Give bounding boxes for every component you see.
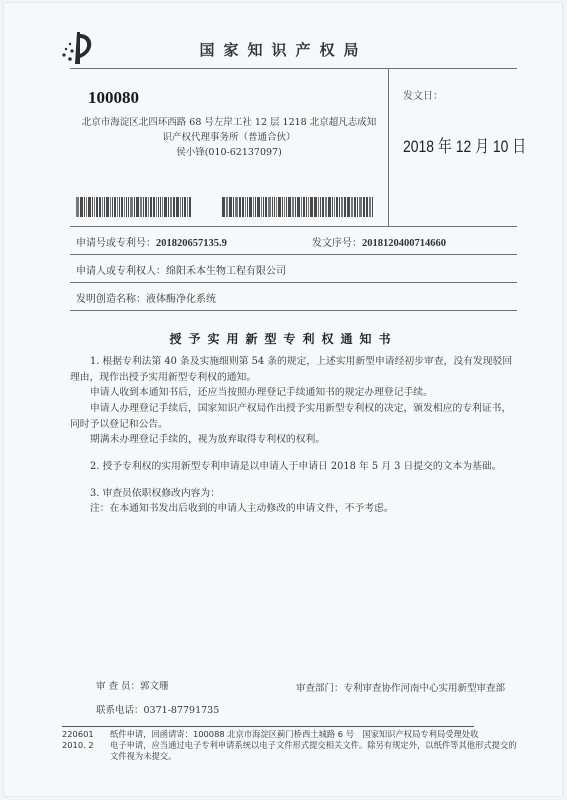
recipient-address: 北京市海淀区北四环西路 68 号左岸工社 12 层 1218 北京超凡志成知 识… bbox=[70, 115, 388, 160]
applicant-label: 申请人或专利权人： bbox=[76, 266, 166, 277]
form-code-block: 220601 2010. 2 bbox=[62, 729, 94, 751]
notice-paragraph-6: 3. 审查员依职权修改内容为： bbox=[70, 486, 517, 502]
footer-line-1: 纸件申请，回函请寄：100088 北京市海淀区蓟门桥西土城路 6 号 国家知识产… bbox=[110, 729, 530, 740]
postcode: 100080 bbox=[88, 88, 139, 108]
address-line-2: 识产权代理事务所（普通合伙） bbox=[70, 130, 388, 145]
applicant-field: 申请人或专利权人：绵阳禾本生物工程有限公司 bbox=[76, 262, 286, 277]
notice-note: 注：在本通知书发出后收到的申请人主动修改的申请文件，不予考虑。 bbox=[90, 501, 517, 517]
application-number-label: 申请号或专利号： bbox=[76, 238, 156, 249]
row-divider bbox=[70, 226, 517, 227]
contact: 侯小锋(010-62137097) bbox=[70, 145, 388, 160]
department: 专利审查协作河南中心实用新型审查部 bbox=[344, 683, 506, 694]
form-version: 2010. 2 bbox=[62, 740, 94, 751]
serial-number-label: 发文序号： bbox=[312, 238, 362, 249]
footer-divider bbox=[62, 726, 474, 727]
barcode-serial bbox=[222, 197, 374, 217]
agency-name: 国家知识产权局 bbox=[0, 39, 567, 60]
address-box-divider bbox=[388, 68, 389, 226]
examiner-label: 审 查 员： bbox=[96, 681, 140, 692]
invention-name: 液体酶净化系统 bbox=[146, 294, 216, 305]
phone-label: 联系电话： bbox=[96, 705, 144, 716]
notice-paragraph-2: 申请人收到本通知书后，还应当按照办理登记手续通知书的规定办理登记手续。 bbox=[70, 385, 517, 401]
phone-field: 联系电话：0371-87791735 bbox=[96, 702, 219, 716]
applicant: 绵阳禾本生物工程有限公司 bbox=[166, 266, 286, 277]
row-divider bbox=[70, 254, 517, 255]
header-divider bbox=[70, 68, 517, 69]
examiner-name: 郭文珊 bbox=[140, 681, 169, 692]
row-divider bbox=[70, 282, 517, 283]
address-line-1: 北京市海淀区北四环西路 68 号左岸工社 12 层 1218 北京超凡志成知 bbox=[70, 115, 388, 130]
row-divider bbox=[70, 310, 517, 311]
notice-paragraph-4: 期满未办理登记手续的，视为放弃取得专利权的权利。 bbox=[70, 432, 517, 448]
department-label: 审查部门： bbox=[296, 683, 344, 694]
examiner-field: 审 查 员：郭文珊 bbox=[96, 678, 169, 692]
footer-line-2: 电子申请，应当通过电子专利申请系统以电子文件形式提交相关文件。除另有规定外，以纸… bbox=[110, 740, 530, 751]
phone: 0371-87791735 bbox=[144, 705, 220, 716]
issue-date: 2018 年 12 月 10 日 bbox=[403, 132, 526, 157]
application-number: 201820657135.9 bbox=[156, 238, 227, 249]
invention-field: 发明创造名称：液体酶净化系统 bbox=[76, 290, 216, 305]
footer-instructions: 纸件申请，回函请寄：100088 北京市海淀区蓟门桥西土城路 6 号 国家知识产… bbox=[110, 729, 530, 762]
notice-title: 授予实用新型专利权通知书 bbox=[0, 330, 567, 347]
serial-number: 2018120400714660 bbox=[362, 238, 446, 249]
notice-paragraph-3: 申请人办理登记手续后，国家知识产权局作出授予实用新型专利权的决定，颁发相应的专利… bbox=[70, 401, 517, 432]
barcode-application bbox=[76, 197, 192, 217]
serial-number-field: 发文序号：2018120400714660 bbox=[312, 234, 446, 249]
notice-paragraph-1: 1. 根据专利法第 40 条及实施细则第 54 条的规定，上述实用新型申请经初步… bbox=[70, 354, 517, 385]
notice-paragraph-5: 2. 授予专利权的实用新型专利申请是以申请人于申请日 2018 年 5 月 3 … bbox=[70, 459, 517, 475]
footer-line-3: 文件视为未提交。 bbox=[110, 751, 530, 762]
application-number-field: 申请号或专利号：201820657135.9 bbox=[76, 234, 227, 249]
department-field: 审查部门：专利审查协作河南中心实用新型审查部 bbox=[296, 680, 505, 694]
form-code: 220601 bbox=[62, 729, 94, 740]
issue-date-label: 发文日： bbox=[403, 87, 443, 102]
invention-label: 发明创造名称： bbox=[76, 294, 146, 305]
